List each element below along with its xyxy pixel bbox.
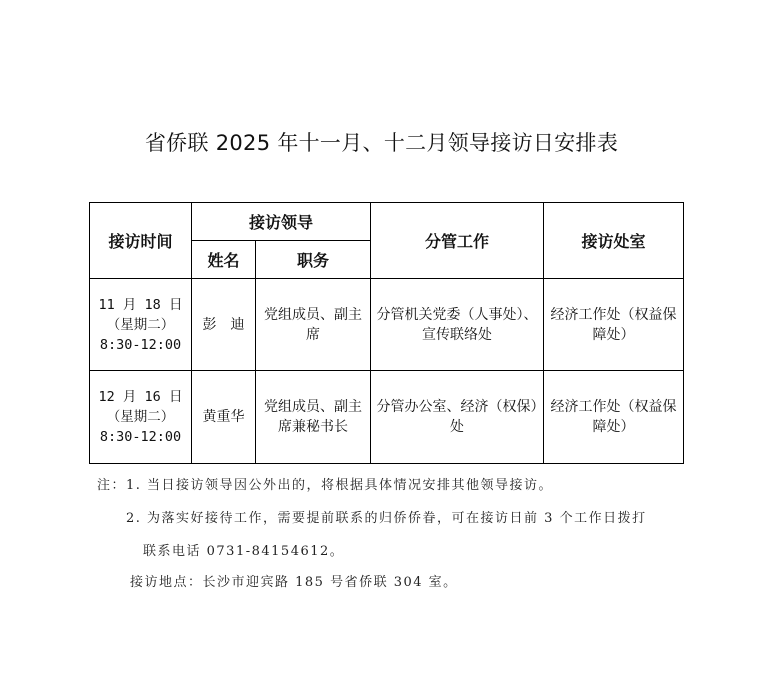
header-position: 职务	[256, 241, 371, 279]
header-time: 接访时间	[90, 203, 192, 279]
schedule-table: 接访时间 接访领导 分管工作 接访处室 姓名 职务 11 月 18 日 （星期二…	[89, 202, 684, 464]
cell-responsibility: 分管机关党委（人事处）、宣传联络处	[371, 279, 544, 371]
visit-address: 接访地点：长沙市迎宾路 185 号省侨联 304 室。	[130, 571, 458, 590]
table-row: 12 月 16 日 （星期二） 8:30-12:00 黄重华 党组成员、副主席兼…	[90, 371, 684, 464]
header-leader-group: 接访领导	[192, 203, 371, 241]
cell-time: 12 月 16 日 （星期二） 8:30-12:00	[90, 371, 192, 464]
cell-office: 经济工作处（权益保障处）	[544, 279, 684, 371]
note-1: 注：1. 当日接访领导因公外出的，将根据具体情况安排其他领导接访。	[97, 474, 553, 493]
note-2-line-2: 联系电话 0731-84154612。	[143, 540, 344, 559]
table-row: 11 月 18 日 （星期二） 8:30-12:00 彭 迪 党组成员、副主席 …	[90, 279, 684, 371]
time-text: 8:30-12:00	[94, 335, 187, 355]
time-text: 8:30-12:00	[94, 427, 187, 447]
cell-name: 黄重华	[192, 371, 256, 464]
page-title: 省侨联 2025 年十一月、十二月领导接访日安排表	[0, 127, 763, 157]
date-text: 11 月 18 日	[94, 295, 187, 315]
note-2-line-1: 2. 为落实好接待工作，需要提前联系的归侨侨眷，可在接访日前 3 个工作日拨打	[126, 507, 647, 526]
header-name: 姓名	[192, 241, 256, 279]
cell-position: 党组成员、副主席兼秘书长	[256, 371, 371, 464]
weekday-text: （星期二）	[94, 315, 187, 335]
cell-responsibility: 分管办公室、经济（权保）处	[371, 371, 544, 464]
cell-name: 彭 迪	[192, 279, 256, 371]
header-responsibility: 分管工作	[371, 203, 544, 279]
cell-office: 经济工作处（权益保障处）	[544, 371, 684, 464]
date-text: 12 月 16 日	[94, 387, 187, 407]
weekday-text: （星期二）	[94, 407, 187, 427]
header-office: 接访处室	[544, 203, 684, 279]
corner-mark: ¨	[57, 0, 62, 6]
cell-time: 11 月 18 日 （星期二） 8:30-12:00	[90, 279, 192, 371]
cell-position: 党组成员、副主席	[256, 279, 371, 371]
